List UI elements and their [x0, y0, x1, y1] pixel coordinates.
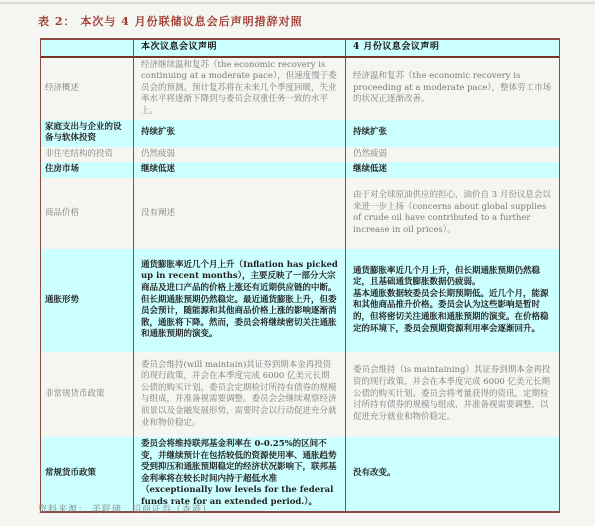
- row-label: 商品价格: [41, 178, 133, 249]
- row-label: 非常规货币政策: [41, 352, 133, 437]
- page-title: 表 2： 本次与 4 月份联储议息会后声明措辞对照: [38, 13, 303, 29]
- current-statement-cell: 委员会将维持联邦基金利率在 0-0.25%的区间不变，并继续预计在包括较低的资源…: [133, 437, 345, 511]
- row-label: 常规货币政策: [41, 437, 133, 511]
- current-statement-cell: 持续扩张: [133, 120, 345, 147]
- table-row: 住房市场 继续低迷 继续低迷: [41, 162, 559, 178]
- row-label: 经济概述: [41, 58, 133, 120]
- april-statement-cell: 持续扩张: [345, 120, 561, 147]
- row-label: 通胀形势: [41, 249, 133, 352]
- table-row: 商品价格 没有阐述 由于对全球原油供应的担心，油价自 3 月份议息会以来进一步上…: [41, 178, 559, 249]
- table-row: 非常规货币政策 委员会维持(will maintain)其证券到期本金再投资的现…: [41, 352, 559, 437]
- table-row: 经济概述 经济继续温和复苏（the economic recovery is c…: [41, 58, 559, 120]
- current-statement-cell: 经济继续温和复苏（the economic recovery is contin…: [133, 58, 345, 120]
- row-label: 家庭支出与企业的设备与软体投资: [41, 120, 133, 147]
- table-row: 非住宅结构的投资 仍然疲弱 仍然疲弱: [41, 147, 559, 163]
- table-header-row: 本次议息会议声明 4 月份议息会议声明: [41, 40, 559, 58]
- april-statement-cell: 继续低迷: [345, 162, 561, 178]
- source-note: 资料来源： 美联储，招商证券（香港）: [38, 502, 212, 515]
- current-statement-cell: 没有阐述: [133, 178, 345, 249]
- april-statement-cell: 经济温和复苏（the economic recovery is proceedi…: [345, 58, 561, 120]
- header-cell-april-meeting: 4 月份议息会议声明: [345, 40, 561, 56]
- header-cell-empty: [41, 40, 133, 56]
- april-statement-cell: 没有改变。: [345, 437, 561, 511]
- april-statement-cell: 委员会维持（is maintaining）其证券到期本金再投资的现行政策，并会在…: [345, 352, 561, 437]
- row-label: 住房市场: [41, 162, 133, 178]
- april-statement-cell: 由于对全球原油供应的担心，油价自 3 月份议息会以来进一步上扬（concerns…: [345, 178, 561, 249]
- header-cell-current-meeting: 本次议息会议声明: [133, 40, 345, 56]
- current-statement-cell: 委员会维持(will maintain)其证券到期本金再投资的现行政策，并会在本…: [133, 352, 345, 437]
- table-row: 通胀形势 通货膨胀率近几个月上升（Inflation has picked up…: [41, 249, 559, 352]
- current-statement-cell: 仍然疲弱: [133, 147, 345, 163]
- table-row: 常规货币政策 委员会将维持联邦基金利率在 0-0.25%的区间不变，并继续预计在…: [41, 437, 559, 511]
- row-label: 非住宅结构的投资: [41, 147, 133, 163]
- table-row: 家庭支出与企业的设备与软体投资 持续扩张 持续扩张: [41, 120, 559, 147]
- current-statement-cell: 继续低迷: [133, 162, 345, 178]
- april-statement-cell: 通货膨胀率近几个月上升，但长期通胀预期仍然稳定，且基础通货膨胀数据仍疲弱。 基本…: [345, 249, 561, 352]
- report-page: 表 2： 本次与 4 月份联储议息会后声明措辞对照 本次议息会议声明 4 月份议…: [0, 0, 595, 526]
- page-top-divider: [0, 2, 595, 4]
- current-statement-cell: 通货膨胀率近几个月上升（Inflation has picked up in r…: [133, 249, 345, 352]
- april-statement-cell: 仍然疲弱: [345, 147, 561, 163]
- statement-comparison-table: 本次议息会议声明 4 月份议息会议声明 经济概述 经济继续温和复苏（the ec…: [40, 38, 560, 513]
